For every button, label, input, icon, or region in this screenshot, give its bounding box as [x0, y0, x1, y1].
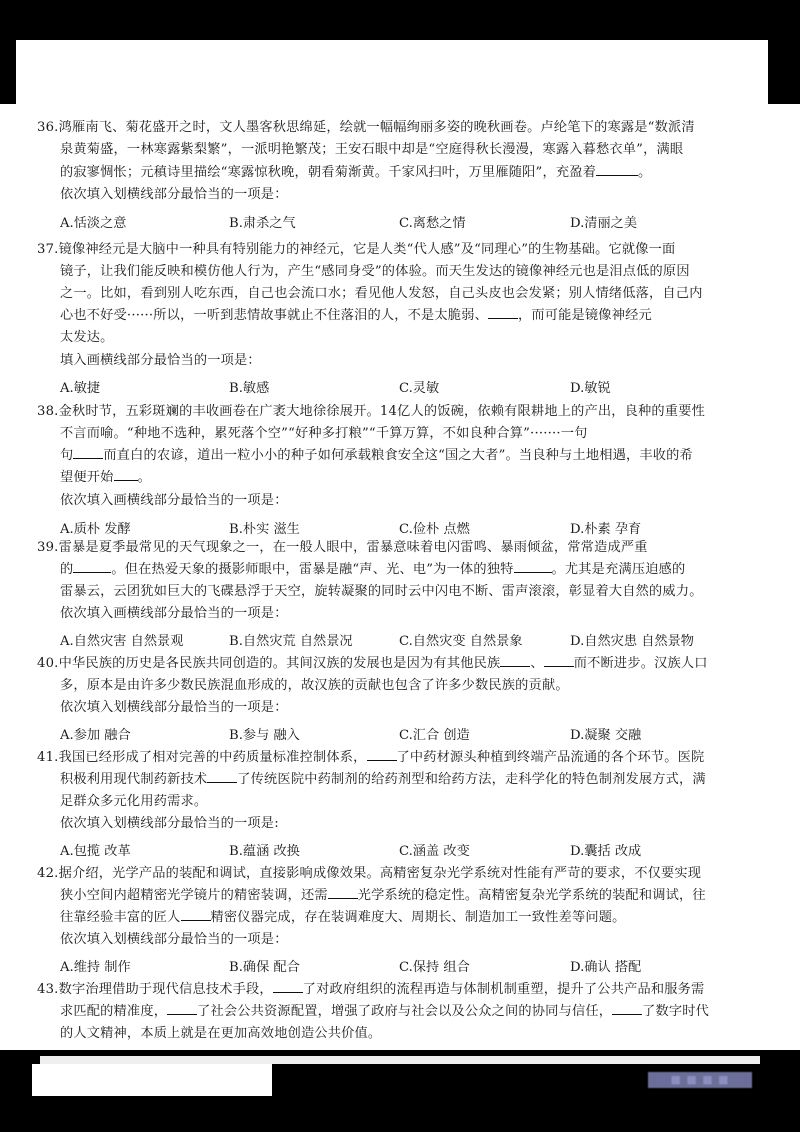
- question-text-line: 泉黄菊盛，一林寒露紫梨繁”，一派明艳繁茂；王安石眼中却是“空庭得秋长漫漫，寒露入…: [60, 140, 683, 160]
- option-a[interactable]: A.维持 制作: [60, 958, 131, 978]
- question-number: 43.: [37, 982, 59, 997]
- question-number: 39.: [37, 540, 59, 555]
- question-text-line: 望便开始。: [60, 468, 151, 488]
- option-a[interactable]: A.恬淡之意: [60, 214, 126, 234]
- question-text-line: 不言而喻。“种地不选种，累死落个空”“好种多打粮”“千算万算，不如良种合算”··…: [60, 424, 588, 444]
- redacted-header: [16, 40, 768, 104]
- answer-blank: [181, 908, 211, 921]
- question-text-line: 的。但在热爱天象的摄影师眼中，雷暴是融“声、光、电”为一体的独特。尤其是充满压迫…: [60, 560, 685, 580]
- answer-blank: [367, 748, 397, 761]
- question-text-line: 心也不好受······所以，一听到悲情故事就止不住落泪的人，不是太脆弱、，而可能…: [60, 306, 652, 326]
- question-text-line: 40.中华民族的历史是各民族共同创造的。其间汉族的发展也是因为有其他民族、而不断…: [37, 654, 708, 674]
- question-text-line: 太发达。: [60, 328, 114, 348]
- question-text-line: 41.我国已经形成了相对完善的中药质量标准控制体系，了中药材源头种植到终端产品流…: [37, 748, 704, 768]
- option-c[interactable]: C.涵盖 改变: [399, 842, 470, 862]
- question-text-line: 的寂寥惆怅；元稹诗里描绘“寒露惊秋晚，朝看菊渐黄。千家风扫叶，万里雁随阳”，充盈…: [60, 163, 651, 183]
- question-prompt: 依次填入划横线部分最恰当的一项是：: [60, 185, 288, 205]
- redacted-footer-left: [32, 1064, 272, 1096]
- question-text-line: 37.镜像神经元是大脑中一种具有特别能力的神经元，它是人类“代人感”及“同理心”…: [37, 240, 675, 260]
- question-number: 37.: [37, 242, 59, 257]
- redaction-bar-top: [0, 0, 800, 40]
- question-text-line: 镜子，让我们能反映和模仿他人行为，产生“感同身受”的体验。而天生发达的镜像神经元…: [60, 262, 690, 282]
- question-number: 40.: [37, 656, 59, 671]
- question-text-line: 足群众多元化用药需求。: [60, 792, 207, 812]
- option-b[interactable]: B.参与 融入: [229, 726, 300, 746]
- question-text-line: 多，原本是由许多少数民族混血形成的，故汉族的贡献也包含了许多少数民族的贡献。: [60, 676, 569, 696]
- option-b[interactable]: B.肃杀之气: [229, 214, 296, 234]
- option-d[interactable]: D.囊括 改成: [570, 842, 641, 862]
- exam-page: 36.鸿雁南飞、菊花盛开之时，文人墨客秋思绵延，绘就一幅幅绚丽多姿的晚秋画卷。卢…: [0, 104, 800, 1050]
- answer-blank: [73, 446, 103, 459]
- option-c[interactable]: C.保持 组合: [399, 958, 470, 978]
- option-a[interactable]: A.自然灾害 自然景观: [60, 632, 183, 652]
- question-number: 42.: [37, 866, 59, 881]
- option-d[interactable]: D.自然灾患 自然景物: [570, 632, 694, 652]
- answer-blank: [488, 306, 518, 319]
- question-prompt: 依次填入划横线部分最恰当的一项是：: [60, 930, 288, 950]
- option-a[interactable]: A.敏捷: [60, 379, 100, 399]
- question-number: 41.: [37, 750, 59, 765]
- answer-blank: [596, 163, 638, 176]
- question-prompt: 填入画横线部分最恰当的一项是：: [60, 351, 261, 371]
- answer-blank: [167, 1002, 197, 1015]
- option-b[interactable]: B.朴实 滋生: [229, 520, 300, 540]
- question-number: 38.: [37, 404, 59, 419]
- answer-blank: [114, 468, 138, 481]
- answer-blank: [514, 560, 552, 573]
- question-text-line: 狭小空间内超精密光学镜片的精密装调，还需光学系统的稳定性。高精密复杂光学系统的装…: [60, 886, 706, 906]
- answer-blank: [544, 654, 574, 667]
- option-b[interactable]: B.蕴涵 改换: [229, 842, 300, 862]
- question-prompt: 依次填入划横线部分最恰当的一项是:: [60, 814, 279, 834]
- question-text-line: 42.据介绍，光学产品的装配和调试，直接影响成像效果。高精密复杂光学系统对性能有…: [37, 864, 701, 884]
- answer-blank: [73, 560, 111, 573]
- option-c[interactable]: C.汇合 创造: [399, 726, 470, 746]
- question-prompt: 依次填入画横线部分最恰当的一项是：: [60, 604, 288, 624]
- option-a[interactable]: A.质朴 发酵: [60, 520, 131, 540]
- option-b[interactable]: B.自然灾荒 自然景况: [229, 632, 353, 652]
- option-c[interactable]: C.俭朴 点燃: [399, 520, 470, 540]
- question-text-line: 39.雷暴是夏季最常见的天气现象之一，在一般人眼中，雷暴意味着电闪雷鸣、暴雨倾盆…: [37, 538, 648, 558]
- question-text-line: 句而直白的农谚，道出一粒小小的种子如何承载粮食安全这“国之大者”。当良种与土地相…: [60, 446, 693, 466]
- option-c[interactable]: C.灵敏: [399, 379, 439, 399]
- option-b[interactable]: B.确保 配合: [229, 958, 300, 978]
- question-text-line: 43.数字治理借助于现代信息技术手段，了对政府组织的流程再造与体制机制重塑，提升…: [37, 980, 704, 1000]
- page-edge-strip: [40, 1056, 760, 1064]
- answer-blank: [500, 654, 530, 667]
- question-text-line: 雷暴云，云团犹如巨大的飞碟悬浮于天空，旋转凝聚的同时云中闪电不断、雷声滚滚，彰显…: [60, 582, 703, 602]
- answer-blank: [273, 980, 303, 993]
- answer-blank: [207, 770, 237, 783]
- question-text-line: 求匹配的精准度，了社会公共资源配置，增强了政府与社会以及公众之间的协同与信任，了…: [60, 1002, 709, 1022]
- option-d[interactable]: D.朴素 孕育: [570, 520, 641, 540]
- option-b[interactable]: B.敏感: [229, 379, 269, 399]
- obscured-watermark-badge: ■ ■ ■ ■: [648, 1072, 752, 1088]
- question-text-line: 积极利用现代制药新技术了传统医院中药制剂的给药剂型和给药方法，走科学化的特色制剂…: [60, 770, 706, 790]
- option-d[interactable]: D.清丽之美: [570, 214, 637, 234]
- option-a[interactable]: A.参加 融合: [60, 726, 131, 746]
- option-d[interactable]: D.凝聚 交融: [570, 726, 641, 746]
- question-number: 36.: [37, 120, 59, 135]
- option-c[interactable]: C.自然灾变 自然景象: [399, 632, 523, 652]
- question-text-line: 36.鸿雁南飞、菊花盛开之时，文人墨客秋思绵延，绘就一幅幅绚丽多姿的晚秋画卷。卢…: [37, 118, 695, 138]
- question-prompt: 依次填入划横线部分最恰当的一项是：: [60, 698, 288, 718]
- question-text-line: 的人文精神，本质上就是在更加高效地创造公共价值。: [60, 1024, 381, 1044]
- question-text-line: 38.金秋时节，五彩斑斓的丰收画卷在广袤大地徐徐展开。14亿人的饭碗，依赖有限耕…: [37, 402, 705, 422]
- option-d[interactable]: D.确认 搭配: [570, 958, 641, 978]
- option-a[interactable]: A.包揽 改革: [60, 842, 131, 862]
- question-text-line: 往靠经验丰富的匠人精密仪器完成，存在装调难度大、周期长、制造加工一致性差等问题。: [60, 908, 626, 928]
- answer-blank: [612, 1002, 642, 1015]
- question-prompt: 依次填入画横线部分最恰当的一项是：: [60, 491, 288, 511]
- answer-blank: [328, 886, 358, 899]
- question-text-line: 之一。比如，看到别人吃东西，自己也会流口水；看见他人发怒，自己头皮也会发紧；别人…: [60, 284, 703, 304]
- option-c[interactable]: C.离愁之情: [399, 214, 466, 234]
- option-d[interactable]: D.敏锐: [570, 379, 611, 399]
